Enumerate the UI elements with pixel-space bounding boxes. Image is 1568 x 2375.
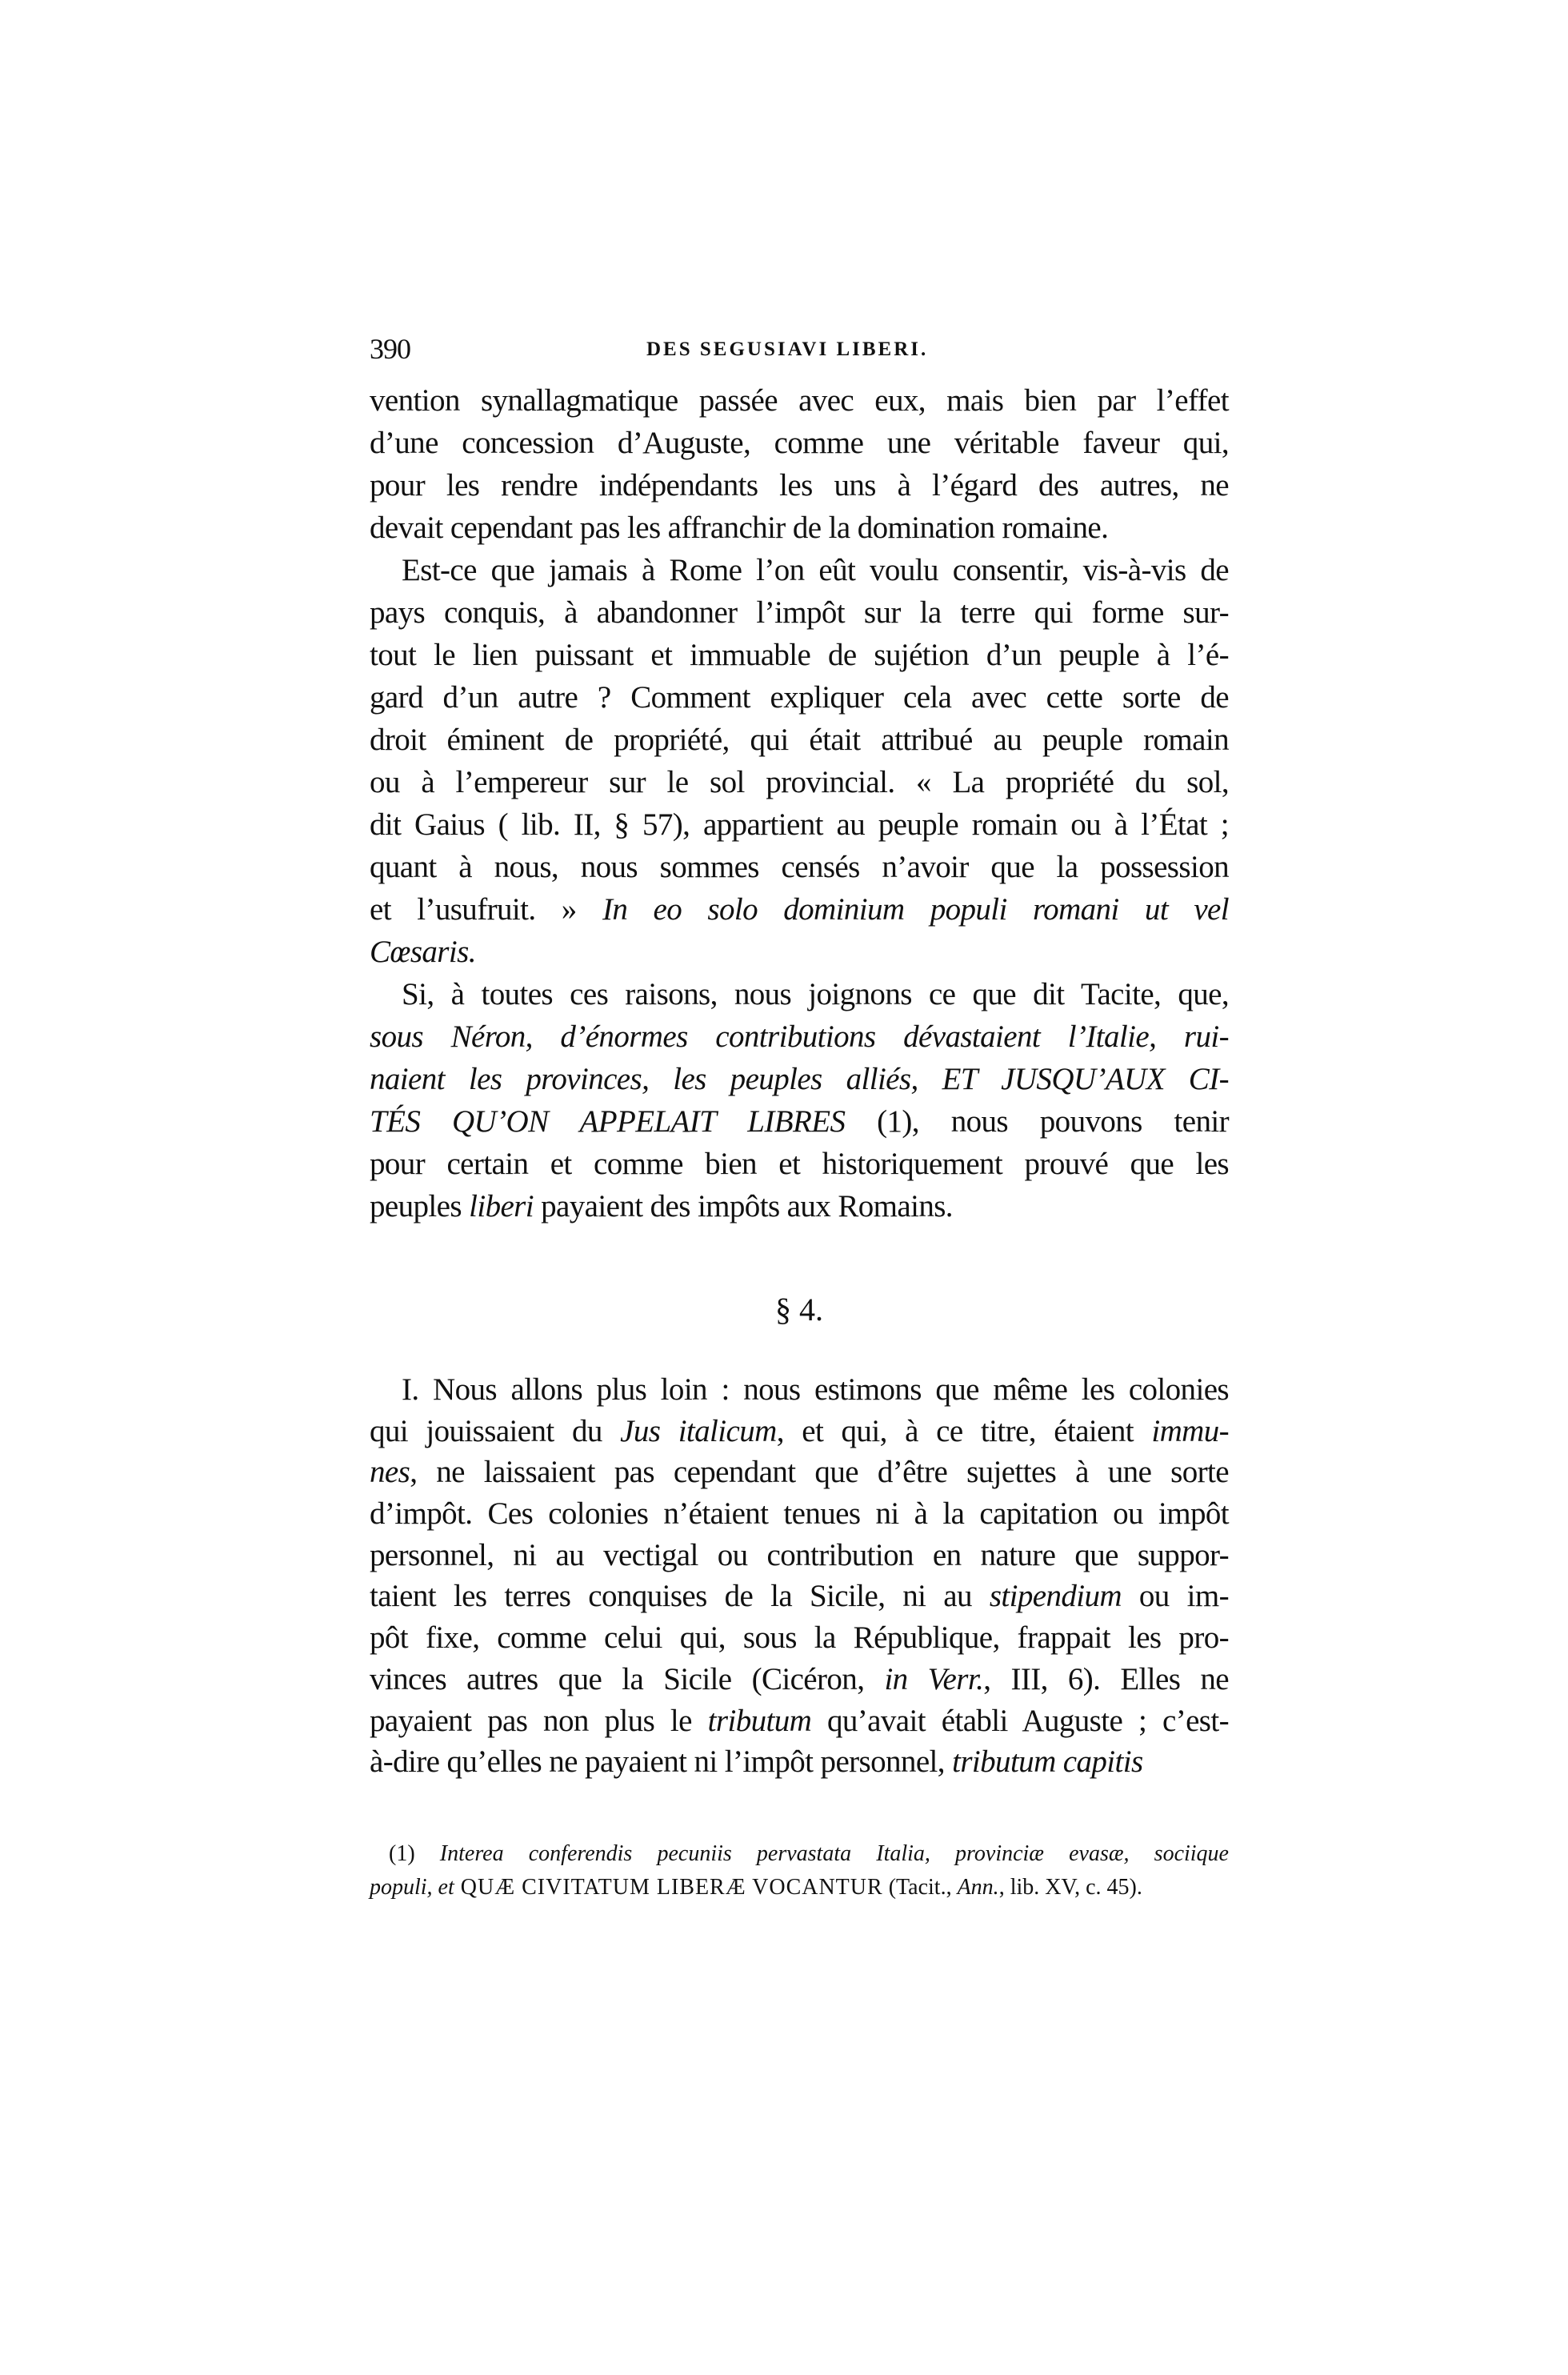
text-line: d’impôt. Ces colonies n’étaient tenues n…: [370, 1493, 1229, 1535]
text-run: pour certain et comme bien et historique…: [370, 1147, 1229, 1181]
text-run: , ne laissaient pas cependant que d’être…: [410, 1455, 1229, 1489]
text-run: gard d’un autre ? Comment expliquer cela…: [370, 680, 1229, 715]
text-line: I. Nous allons plus loin : nous estimons…: [370, 1369, 1229, 1411]
text-run: dit Gaius ( lib. II, § 57), appartient a…: [370, 807, 1229, 842]
text-run: I. Nous allons plus loin : nous estimons…: [402, 1372, 1229, 1407]
italic-text: Interea conferendis pecuniis pervastata …: [440, 1841, 1229, 1866]
text-run: qu’avait établi Auguste ; c’est-: [811, 1704, 1229, 1738]
text-run: , III, 6). Elles ne: [983, 1662, 1229, 1696]
text-run: (1): [389, 1841, 440, 1866]
italic-text: populi, et: [370, 1875, 454, 1900]
text-line: Est-ce que jamais à Rome l’on eût voulu …: [370, 549, 1229, 591]
text-run: qui jouissaient du: [370, 1414, 620, 1448]
text-line: qui jouissaient du Jus italicum, et qui,…: [370, 1411, 1229, 1452]
text-line: personnel, ni au vectigal ou contributio…: [370, 1535, 1229, 1576]
text-line: payaient pas non plus le tributum qu’ava…: [370, 1700, 1229, 1742]
text-line: vention synallagmatique passée avec eux,…: [370, 379, 1229, 422]
text-line: gard d’un autre ? Comment expliquer cela…: [370, 676, 1229, 719]
text-line: pays conquis, à abandonner l’impôt sur l…: [370, 591, 1229, 634]
small-caps-text: QUÆ CIVITATUM LIBERÆ VOCANTUR: [454, 1875, 883, 1900]
text-run: et l’usufruit. »: [370, 892, 602, 927]
italic-text: sous Néron, d’énormes contributions déva…: [370, 1019, 1229, 1054]
text-line: sous Néron, d’énormes contributions déva…: [370, 1015, 1229, 1058]
italic-text: tributum capitis: [952, 1744, 1143, 1779]
italic-text: Jus italicum: [620, 1414, 777, 1448]
text-line: peuples liberi payaient des impôts aux R…: [370, 1185, 1229, 1228]
section-heading: § 4.: [370, 1290, 1229, 1330]
text-line: droit éminent de propriété, qui était at…: [370, 719, 1229, 761]
text-run: Est-ce que jamais à Rome l’on eût voulu …: [402, 553, 1229, 587]
text-run: (1), nous pouvons tenir: [845, 1104, 1229, 1139]
text-run: devait cependant pas les affranchir de l…: [370, 511, 1108, 545]
text-line: devait cependant pas les affranchir de l…: [370, 507, 1229, 549]
text-line: naient les provinces, les peuples alliés…: [370, 1058, 1229, 1100]
page-number: 390: [370, 333, 410, 365]
text-line: pôt fixe, comme celui qui, sous la Répub…: [370, 1617, 1229, 1659]
footnote: (1) Interea conferendis pecuniis pervast…: [370, 1837, 1229, 1904]
italic-text: immu-: [1151, 1414, 1229, 1448]
footnotes: (1) Interea conferendis pecuniis pervast…: [370, 1837, 1229, 1904]
italic-text: In eo solo dominium populi romani ut vel: [602, 892, 1229, 927]
text-run: pôt fixe, comme celui qui, sous la Répub…: [370, 1620, 1229, 1655]
text-run: quant à nous, nous sommes censés n’avoir…: [370, 850, 1229, 884]
text-run: payaient pas non plus le: [370, 1704, 708, 1738]
text-line: et l’usufruit. » In eo solo dominium pop…: [370, 888, 1229, 931]
text-run: payaient des impôts aux Romains.: [534, 1189, 953, 1224]
text-run: d’impôt. Ces colonies n’étaient tenues n…: [370, 1496, 1229, 1531]
italic-text: nes: [370, 1455, 410, 1489]
text-run: ou im-: [1122, 1579, 1229, 1613]
italic-text: Cœsaris.: [370, 935, 476, 969]
text-line: quant à nous, nous sommes censés n’avoir…: [370, 846, 1229, 888]
text-line: d’une concession d’Auguste, comme une vé…: [370, 422, 1229, 464]
text-line: taient les terres conquises de la Sicile…: [370, 1576, 1229, 1617]
body-text-after-section: I. Nous allons plus loin : nous estimons…: [370, 1369, 1229, 1783]
text-run: pays conquis, à abandonner l’impôt sur l…: [370, 595, 1229, 630]
paragraph: Est-ce que jamais à Rome l’on eût voulu …: [370, 549, 1229, 973]
text-run: , et qui, à ce titre, étaient: [777, 1414, 1152, 1448]
text-line: tout le lien puissant et immuable de suj…: [370, 634, 1229, 676]
running-title: DES SEGUSIAVI LIBERI.: [646, 336, 928, 363]
footnote-line: populi, et QUÆ CIVITATUM LIBERÆ VOCANTUR…: [370, 1871, 1229, 1904]
text-run: , lib. XV, c. 45).: [999, 1875, 1142, 1900]
italic-text: TÉS QU’ON APPELAIT LIBRES: [370, 1104, 845, 1139]
text-run: tout le lien puissant et immuable de suj…: [370, 638, 1229, 672]
text-line: pour les rendre indépendants les uns à l…: [370, 464, 1229, 507]
running-head: 390 DES SEGUSIAVI LIBERI.: [370, 333, 1229, 365]
italic-text: tributum: [708, 1704, 812, 1738]
text-line: TÉS QU’ON APPELAIT LIBRES (1), nous pouv…: [370, 1100, 1229, 1143]
text-run: ou à l’empereur sur le sol provincial. «…: [370, 765, 1229, 799]
text-line: ou à l’empereur sur le sol provincial. «…: [370, 761, 1229, 803]
text-line: à-dire qu’elles ne payaient ni l’impôt p…: [370, 1741, 1229, 1783]
text-run: vinces autres que la Sicile (Cicéron,: [370, 1662, 884, 1696]
text-run: Si, à toutes ces raisons, nous joignons …: [402, 977, 1229, 1011]
italic-text: stipendium: [990, 1579, 1122, 1613]
paragraph: vention synallagmatique passée avec eux,…: [370, 379, 1229, 549]
text-run: droit éminent de propriété, qui était at…: [370, 723, 1229, 757]
italic-text: naient les provinces, les peuples alliés…: [370, 1062, 1229, 1096]
text-run: à-dire qu’elles ne payaient ni l’impôt p…: [370, 1744, 952, 1779]
text-line: dit Gaius ( lib. II, § 57), appartient a…: [370, 803, 1229, 846]
text-run: d’une concession d’Auguste, comme une vé…: [370, 426, 1229, 460]
italic-text: in Verr.: [884, 1662, 983, 1696]
paragraph: I. Nous allons plus loin : nous estimons…: [370, 1369, 1229, 1783]
paragraph: Si, à toutes ces raisons, nous joignons …: [370, 973, 1229, 1228]
text-line: vinces autres que la Sicile (Cicéron, in…: [370, 1659, 1229, 1700]
text-run: vention synallagmatique passée avec eux,…: [370, 383, 1229, 418]
text-line: Si, à toutes ces raisons, nous joignons …: [370, 973, 1229, 1015]
book-page: 390 DES SEGUSIAVI LIBERI. vention synall…: [0, 0, 1568, 2375]
text-run: personnel, ni au vectigal ou contributio…: [370, 1538, 1229, 1572]
body-text-before-section: vention synallagmatique passée avec eux,…: [370, 379, 1229, 1228]
text-line: pour certain et comme bien et historique…: [370, 1143, 1229, 1185]
text-run: (Tacit.,: [883, 1875, 958, 1900]
text-run: taient les terres conquises de la Sicile…: [370, 1579, 990, 1613]
text-run: peuples: [370, 1189, 469, 1224]
text-line: Cœsaris.: [370, 931, 1229, 973]
italic-text: liberi: [469, 1189, 534, 1224]
footnote-line: (1) Interea conferendis pecuniis pervast…: [370, 1837, 1229, 1871]
text-line: nes, ne laissaient pas cependant que d’ê…: [370, 1452, 1229, 1493]
italic-text: Ann.: [958, 1875, 999, 1900]
text-run: pour les rendre indépendants les uns à l…: [370, 468, 1229, 503]
